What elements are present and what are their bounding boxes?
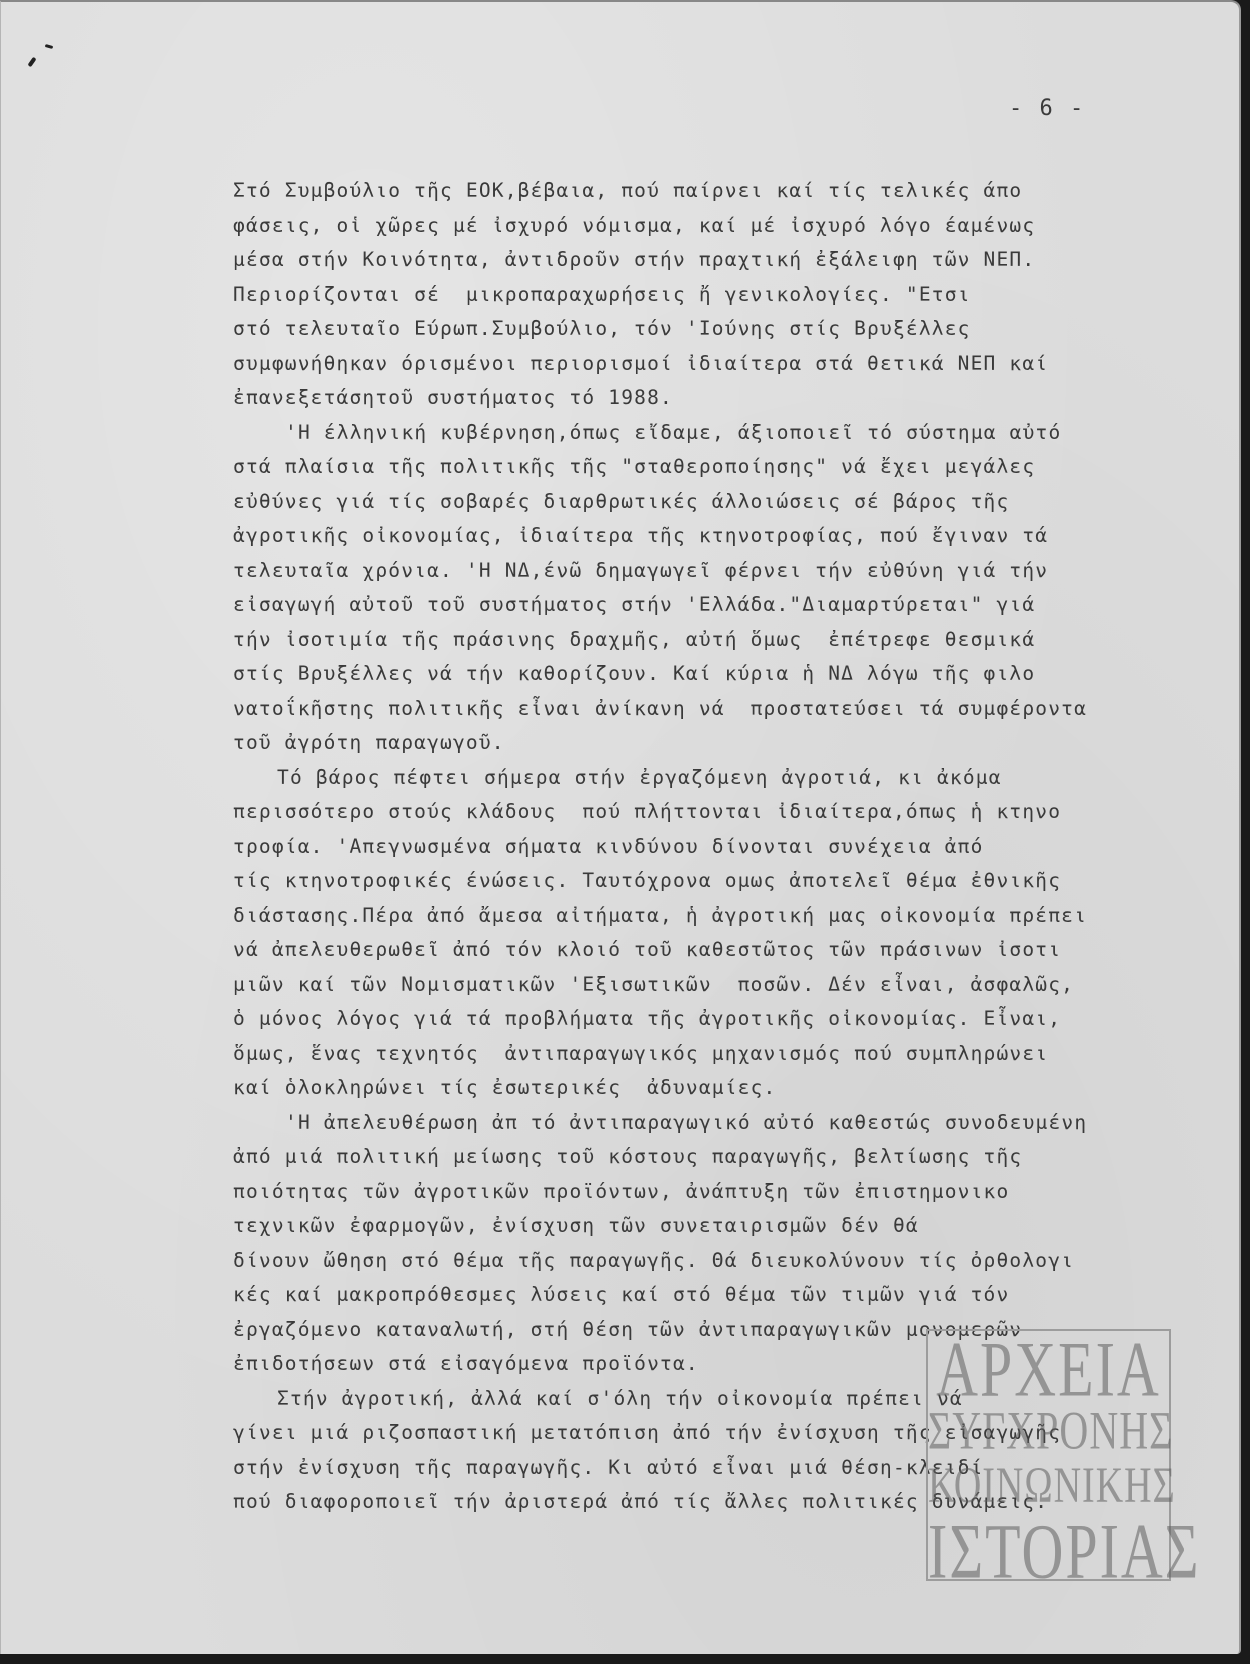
- text-line: στήν ἐνίσχυση τῆς παραγωγῆς. Κι αὐτό εἶν…: [233, 1451, 1243, 1486]
- text-line: πού διαφοροποιεῖ τήν ἀριστερά ἀπό τίς ἄλ…: [233, 1485, 1243, 1520]
- text-line: Στό Συμβούλιο τῆς ΕΟΚ,βέβαια, πού παίρνε…: [233, 174, 1243, 209]
- text-line: ποιότητας τῶν ἀγροτικῶν προϊόντων, ἀνάπτ…: [233, 1175, 1243, 1210]
- text-line: ἀγροτικῆς οἰκονομίας, ἰδιαίτερα τῆς κτην…: [233, 519, 1243, 554]
- text-line: ἐπιδοτήσεων στά εἰσαγόμενα προϊόντα.: [233, 1347, 1243, 1382]
- text-line: κές καί μακροπρόθεσμες λύσεις καί στό θέ…: [233, 1278, 1243, 1313]
- text-line: ἐργαζόμενο καταναλωτή, στή θέση τῶν ἀντι…: [233, 1313, 1243, 1348]
- text-line: δίνουν ὤθηση στό θέμα τῆς παραγωγῆς. Θά …: [233, 1244, 1243, 1279]
- text-line: 'Η έλληνική κυβέρνηση,όπως εἴδαμε, άξιοπ…: [233, 416, 1243, 451]
- text-line: ἀπό μιά πολιτική μείωσης τοῦ κόστους παρ…: [233, 1140, 1243, 1175]
- text-line: συμφωνήθηκαν όρισμένοι περιορισμοί ἰδιαί…: [233, 347, 1243, 382]
- text-line: τεχνικῶν ἐφαρμογῶν, ἐνίσχυση τῶν συνεται…: [233, 1209, 1243, 1244]
- text-line: γίνει μιά ριζοσπαστική μετατόπιση ἀπό τή…: [233, 1416, 1243, 1451]
- text-line: στά πλαίσια τῆς πολιτικῆς τῆς "σταθεροπο…: [233, 450, 1243, 485]
- text-line: τήν ἰσοτιμία τῆς πράσινης δραχμῆς, αὐτή …: [233, 623, 1243, 658]
- text-line: Στήν ἀγροτική, ἀλλά καί σ'όλη τήν οἰκονο…: [233, 1382, 1243, 1417]
- typewritten-page: - 6 - Στό Συμβούλιο τῆς ΕΟΚ,βέβαια, πού …: [0, 0, 1241, 1654]
- text-line: μέσα στήν Κοινότητα, ἀντιδροῦν στήν πραχ…: [233, 243, 1243, 278]
- text-line: μιῶν καί τῶν Νομισματικῶν 'Εξισωτικῶν πο…: [233, 968, 1243, 1003]
- text-line: νατοΐκῆστης πολιτικῆς εἶναι ἀνίκανη νά π…: [233, 692, 1243, 727]
- text-line: φάσεις, οἱ χῶρες μέ ἰσχυρό νόμισμα, καί …: [233, 209, 1243, 244]
- text-line: ὅμως, ἕνας τεχνητός ἀντιπαραγωγικός μηχα…: [233, 1037, 1243, 1072]
- body-text: Στό Συμβούλιο τῆς ΕΟΚ,βέβαια, πού παίρνε…: [233, 174, 1243, 1520]
- text-line: διάστασης.Πέρα ἀπό ἄμεσα αἰτήματα, ἡ ἀγρ…: [233, 899, 1243, 934]
- text-line: νά ἀπελευθερωθεῖ ἀπό τόν κλοιό τοῦ καθεσ…: [233, 933, 1243, 968]
- margin-pen-mark: [27, 57, 36, 67]
- page-number: - 6 -: [1009, 96, 1085, 121]
- text-line: εὐθύνες γιά τίς σοβαρές διαρθρωτικές άλλ…: [233, 485, 1243, 520]
- text-line: στό τελευταῖο Εύρωπ.Συμβούλιο, τόν 'Ιούν…: [233, 312, 1243, 347]
- text-line: τελευταῖα χρόνια. 'Η ΝΔ,ένῶ δημαγωγεῖ φέ…: [233, 554, 1243, 589]
- text-line: εἰσαγωγή αὐτοῦ τοῦ συστήματος στήν 'Ελλά…: [233, 588, 1243, 623]
- watermark-line: ΙΣΤΟΡΙΑΣ: [928, 1513, 1169, 1591]
- text-line: 'Η ἀπελευθέρωση ἀπ τό ἀντιπαραγωγικό αὐτ…: [233, 1106, 1243, 1141]
- text-line: τοῦ ἀγρότη παραγωγοῦ.: [233, 726, 1243, 761]
- text-line: καί ὁλοκληρώνει τίς ἐσωτερικές ἀδυναμίες…: [233, 1071, 1243, 1106]
- text-line: τροφία. 'Απεγνωσμένα σήματα κινδύνου δίν…: [233, 830, 1243, 865]
- text-line: ἐπανεξετάσητοῦ συστήματος τό 1988.: [233, 381, 1243, 416]
- text-line: Περιορίζονται σέ μικροπαραχωρήσεις ἤ γεν…: [233, 278, 1243, 313]
- text-line: περισσότερο στούς κλάδους πού πλήττονται…: [233, 795, 1243, 830]
- text-line: τίς κτηνοτροφικές ένώσεις. Ταυτόχρονα ομ…: [233, 864, 1243, 899]
- text-line: στίς Βρυξέλλες νά τήν καθορίζουν. Καί κύ…: [233, 657, 1243, 692]
- text-line: Τό βάρος πέφτει σήμερα στήν ἐργαζόμενη ἀ…: [233, 761, 1243, 796]
- text-line: ὁ μόνος λόγος γιά τά προβλήματα τῆς ἀγρο…: [233, 1002, 1243, 1037]
- margin-pen-dot: [45, 44, 54, 49]
